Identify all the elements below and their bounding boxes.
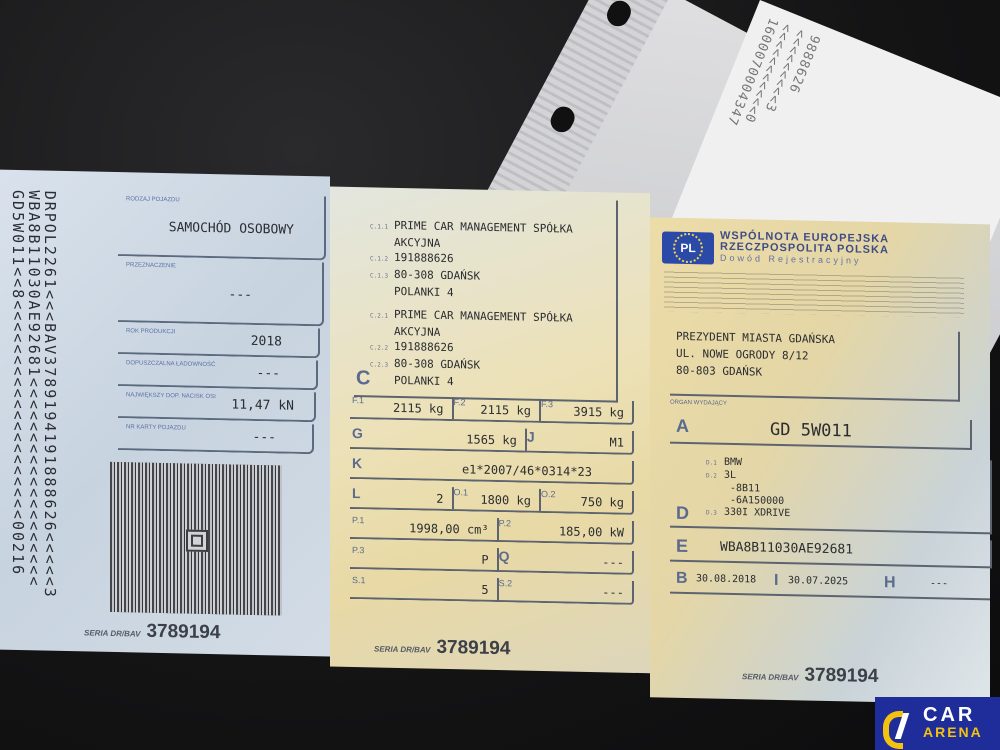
field-f-1: F.12115 kg	[350, 395, 452, 419]
technical-row: L2O.11800 kgO.2750 kg	[350, 485, 634, 515]
technical-data-grid: F.12115 kgF.22115 kgF.33915 kgG1565 kgJM…	[330, 187, 650, 194]
section-letter-c: C	[356, 367, 370, 390]
eu-pl-flag-icon: PL	[662, 231, 714, 264]
car-arena-logo-icon	[883, 707, 917, 741]
field-payload: Dopuszczalna ładowność ---	[118, 356, 318, 390]
field-o-2: O.2750 kg	[539, 489, 632, 513]
field-p-3: P.3P	[350, 545, 497, 570]
field-s-1: S.15	[350, 575, 497, 600]
field-p-2: P.2185,00 kW	[497, 518, 632, 543]
fine-print	[664, 270, 964, 318]
field-o-1: O.11800 kg	[452, 487, 539, 511]
registration-certificate: DRPOL2261<<<BAV3789194191888626<<<<<3 WB…	[0, 160, 990, 681]
technical-row: S.15S.2---	[350, 575, 634, 605]
panel-middle: C.1.1PRIME CAR MANAGEMENT SPÓŁKA AKCYJNA…	[330, 187, 650, 674]
issuing-authority: PREZYDENT MIASTA GDAŃSKA UL. NOWE OGRODY…	[670, 326, 960, 402]
serial-number: SERIA DR/BAV3789194	[374, 635, 510, 660]
mrz-code: DRPOL2261<<<BAV3789194191888626<<<<<3 WB…	[10, 190, 58, 599]
serial-number: SERIA DR/BAV3789194	[84, 619, 220, 644]
registration-date: 30.07.2025	[788, 575, 848, 587]
field-vehicle-card-number: Nr karty pojazdu ---	[118, 420, 314, 454]
technical-row: P.11998,00 cm³P.2185,00 kW	[350, 515, 634, 545]
field-g: G1565 kg	[350, 425, 525, 451]
car-arena-watermark: CAR ARENA	[875, 697, 1000, 750]
vin-number: WBA8B11030AE92681	[720, 540, 853, 558]
field-vin: E WBA8B11030AE92681	[670, 534, 992, 569]
field-registration-number: A GD 5W011	[670, 414, 972, 450]
first-registration-date: 30.08.2018	[696, 573, 756, 585]
punch-hole	[603, 0, 635, 30]
field-f-3: F.33915 kg	[539, 399, 632, 423]
panel-right: PL WSPÓLNOTA EUROPEJSKA RZECZPOSPOLITA P…	[650, 217, 990, 704]
field-f-2: F.22115 kg	[452, 397, 539, 421]
panel-left: DRPOL2261<<<BAV3789194191888626<<<<<3 WB…	[0, 170, 330, 657]
field-s-2: S.2---	[497, 578, 632, 603]
technical-row: P.3PQ---	[350, 545, 634, 575]
owner-details: C.1.1PRIME CAR MANAGEMENT SPÓŁKA AKCYJNA…	[370, 217, 573, 391]
field-purpose: Przeznaczenie ---	[118, 258, 324, 326]
field-max-axle-load: Największy dop. nacisk osi 11,47 kN	[118, 388, 316, 422]
field-make-model: D D.1BMW D.23L -8B11 -6A150000 D.3330I X…	[670, 454, 992, 535]
field-production-year: Rok produkcji 2018	[118, 324, 320, 358]
field-vehicle-type: Rodzaj pojazdu SAMOCHÓD OSOBOWY	[118, 192, 326, 260]
field-q: Q---	[497, 548, 632, 573]
field-j: JM1	[525, 429, 632, 453]
issuer-label: ORGAN WYDAJĄCY	[670, 400, 727, 407]
field-k: Ke1*2007/46*0314*23	[350, 455, 632, 483]
plate-number: GD 5W011	[770, 420, 852, 442]
technical-row: Ke1*2007/46*0314*23	[350, 455, 634, 485]
technical-row: F.12115 kgF.22115 kgF.33915 kg	[350, 395, 634, 425]
aztec-barcode	[110, 462, 282, 616]
field-l: L2	[350, 485, 452, 509]
punch-hole	[547, 103, 579, 136]
document-header: WSPÓLNOTA EUROPEJSKA RZECZPOSPOLITA POLS…	[720, 231, 889, 268]
field-p-1: P.11998,00 cm³	[350, 515, 497, 540]
serial-number: SERIA DR/BAV3789194	[742, 663, 878, 688]
field-dates: B 30.08.2018 I 30.07.2025 H ---	[670, 568, 990, 601]
technical-row: G1565 kgJM1	[350, 425, 634, 455]
